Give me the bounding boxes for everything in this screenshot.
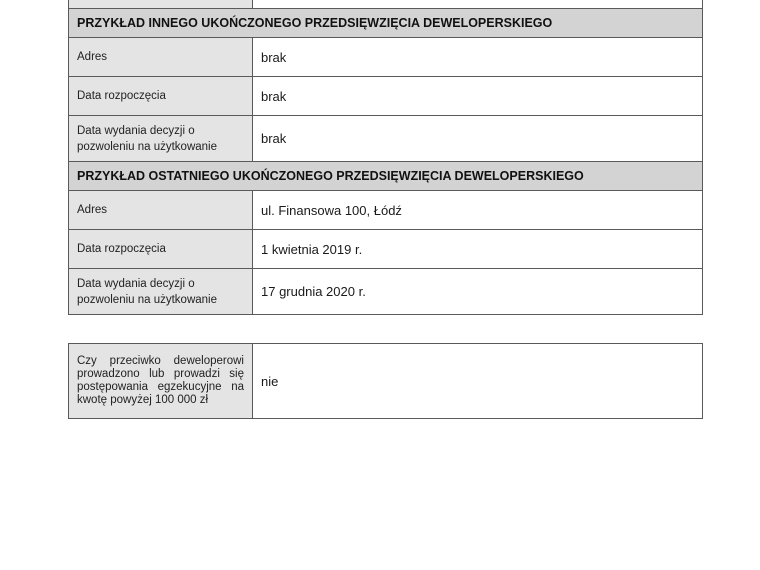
- row-value: brak: [253, 77, 703, 116]
- row-value: 17 grudnia 2020 r.: [253, 269, 703, 315]
- previous-row-value: [253, 0, 703, 9]
- row-label: Adres: [69, 38, 253, 77]
- row-label: Data wydania decyzji o pozwoleniu na uży…: [69, 269, 253, 315]
- row-label: Adres: [69, 191, 253, 230]
- table-row: Czy przeciwko deweloperowi prowadzono lu…: [69, 344, 703, 419]
- table-row: Data rozpoczęcia 1 kwietnia 2019 r.: [69, 230, 703, 269]
- enforcement-answer: nie: [253, 344, 703, 419]
- section-header-last-project: PRZYKŁAD OSTATNIEGO UKOŃCZONEGO PRZEDSIĘ…: [69, 162, 703, 191]
- row-label: Data rozpoczęcia: [69, 230, 253, 269]
- section-title: PRZYKŁAD OSTATNIEGO UKOŃCZONEGO PRZEDSIĘ…: [69, 162, 703, 191]
- table-row: Data wydania decyzji o pozwoleniu na uży…: [69, 269, 703, 315]
- row-value: 1 kwietnia 2019 r.: [253, 230, 703, 269]
- table-row: Adres ul. Finansowa 100, Łódź: [69, 191, 703, 230]
- row-label: Data wydania decyzji o pozwoleniu na uży…: [69, 116, 253, 162]
- section-title: PRZYKŁAD INNEGO UKOŃCZONEGO PRZEDSIĘWZIĘ…: [69, 9, 703, 38]
- table-row: Data wydania decyzji o pozwoleniu na uży…: [69, 116, 703, 162]
- row-label: Data rozpoczęcia: [69, 77, 253, 116]
- table-row: Data rozpoczęcia brak: [69, 77, 703, 116]
- enforcement-table: Czy przeciwko deweloperowi prowadzono lu…: [68, 343, 703, 419]
- row-value: brak: [253, 38, 703, 77]
- section-header-other-project: PRZYKŁAD INNEGO UKOŃCZONEGO PRZEDSIĘWZIĘ…: [69, 9, 703, 38]
- enforcement-question: Czy przeciwko deweloperowi prowadzono lu…: [69, 344, 253, 419]
- table-row: Adres brak: [69, 38, 703, 77]
- previous-row-label: [69, 0, 253, 9]
- row-value: ul. Finansowa 100, Łódź: [253, 191, 703, 230]
- previous-row-cutoff: [69, 0, 703, 9]
- row-value: brak: [253, 116, 703, 162]
- completed-projects-table: PRZYKŁAD INNEGO UKOŃCZONEGO PRZEDSIĘWZIĘ…: [68, 0, 703, 315]
